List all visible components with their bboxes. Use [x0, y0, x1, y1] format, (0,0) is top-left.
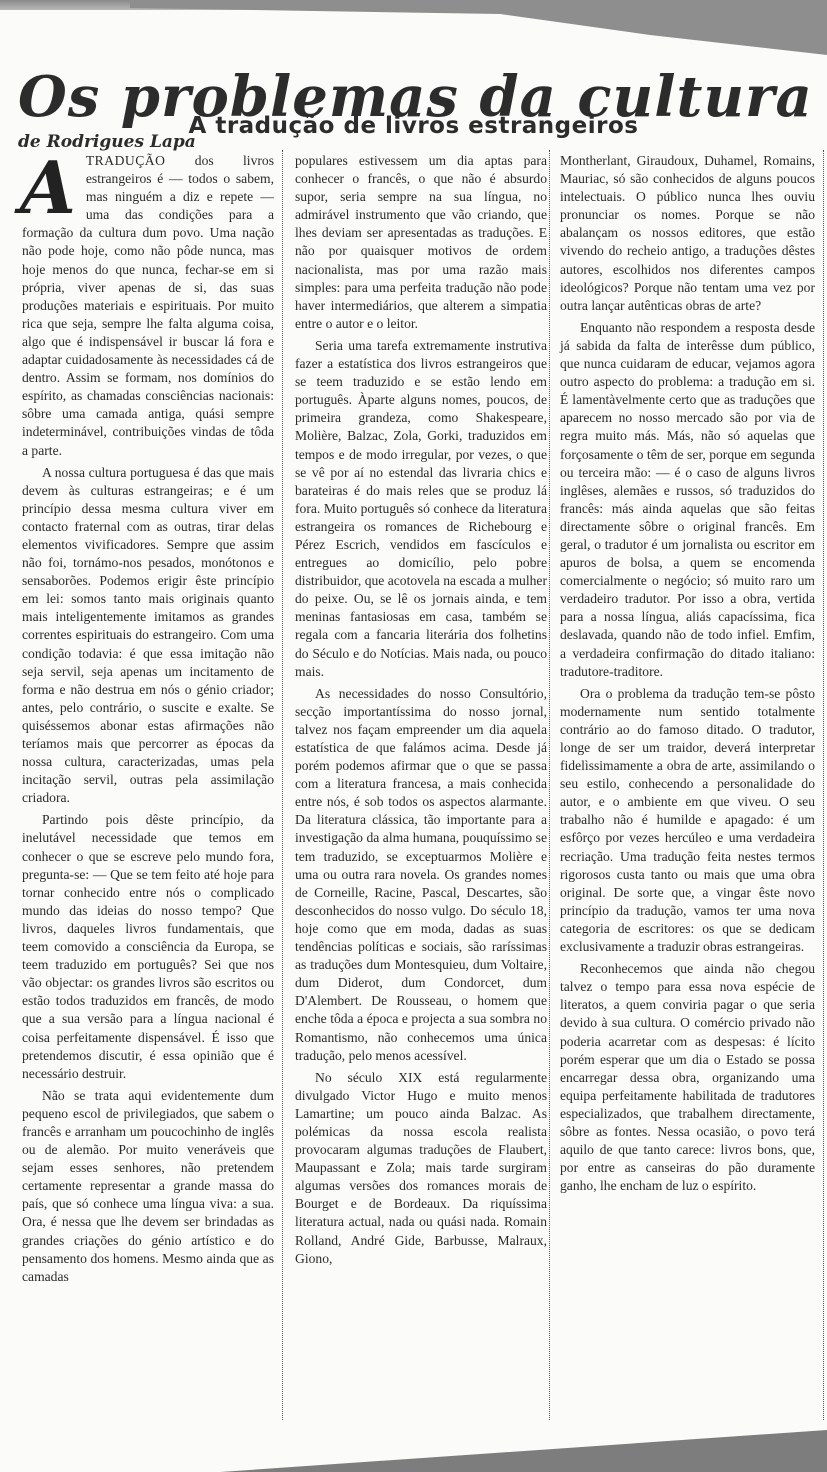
paragraph: ATRADUÇÃO dos livros estrangeiros é — to… [22, 152, 274, 460]
first-word: TRADUÇÃO [86, 153, 166, 168]
paragraph: Ora o problema da tradução tem-se pôsto … [560, 685, 815, 956]
paragraph: Montherlant, Giraudoux, Duhamel, Romains… [560, 152, 815, 315]
column-divider [823, 150, 824, 1420]
paragraph: Reconhecemos que ainda não chegou talvez… [560, 960, 815, 1195]
article-column-2: populares estivessem um dia aptas para c… [295, 152, 547, 1268]
drop-cap: A [20, 156, 76, 220]
paragraph: Não se trata aqui evidentemente dum pequ… [22, 1087, 274, 1286]
column-divider [282, 150, 283, 1420]
paragraph: Partindo pois dêste princípio, da inelut… [22, 811, 274, 1082]
paragraph: Seria uma tarefa extremamente instrutiva… [295, 337, 547, 681]
paragraph: As necessidades do nosso Consultório, se… [295, 685, 547, 1065]
column-divider [549, 150, 550, 1420]
article-column-3: Montherlant, Giraudoux, Duhamel, Romains… [560, 152, 815, 1195]
paragraph: populares estivessem um dia aptas para c… [295, 152, 547, 333]
scan-shadow-bottom [0, 1400, 827, 1472]
paragraph: Enquanto não respondem a resposta desde … [560, 319, 815, 681]
article-column-1: ATRADUÇÃO dos livros estrangeiros é — to… [22, 152, 274, 1286]
paragraph: No século XIX está regularmente divulgad… [295, 1069, 547, 1268]
paragraph: A nossa cultura portuguesa é das que mai… [22, 464, 274, 808]
